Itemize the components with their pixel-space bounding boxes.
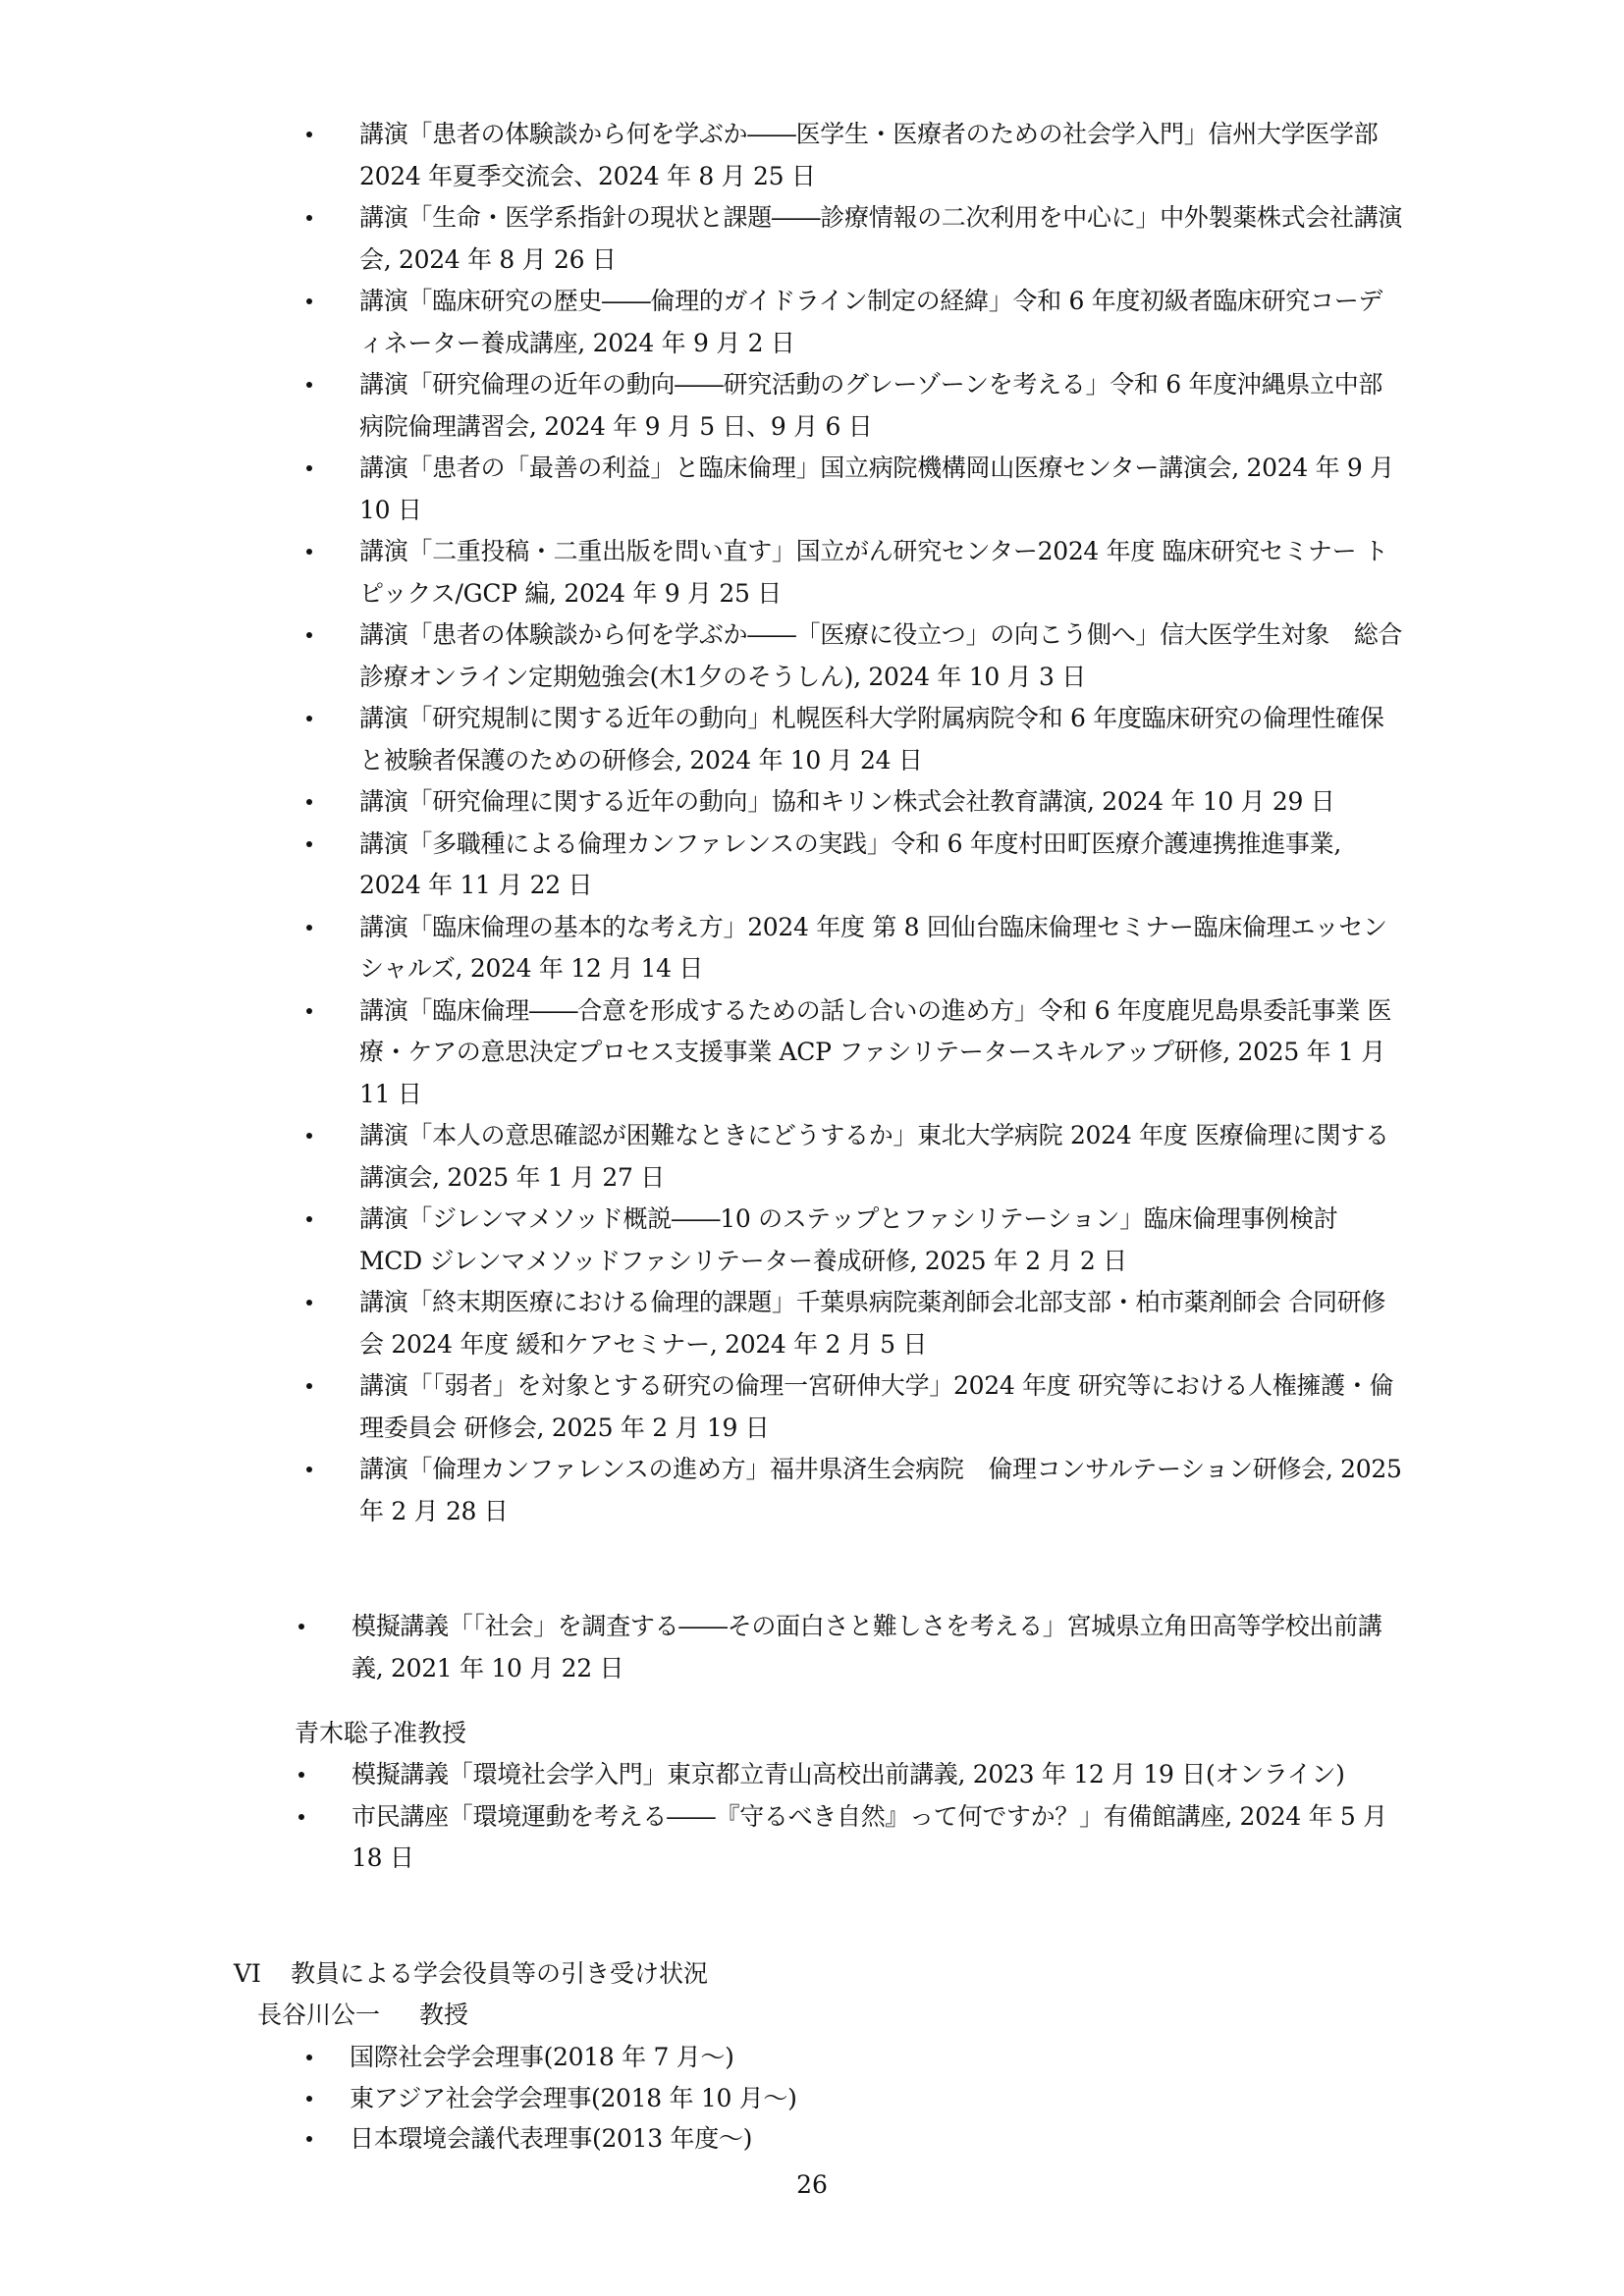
bullet-icon [306, 132, 312, 137]
list-item: 講演「生命・医学系指針の現状と課題――診療情報の二次利用を中心に」中外製薬株式会… [295, 197, 1404, 281]
bullet-icon [306, 2096, 312, 2102]
bullet-icon [306, 925, 312, 931]
faculty-name-aoki: 青木聡子准教授 [295, 1713, 466, 1754]
list-item: 講演「終末期医療における倫理的課題」千葉県病院薬剤師会北部支部・柏市薬剤師会 合… [295, 1282, 1404, 1365]
mock-lecture-list: 模擬講義「「社会」を調査する――その面白さと難しさを考える」宮城県立角田高等学校… [287, 1606, 1396, 1689]
list-item: 講演「本人の意思確認が困難なときにどうするか」東北大学病院 2024 年度 医療… [295, 1115, 1404, 1199]
bullet-icon [298, 1624, 304, 1629]
bullet-icon [306, 716, 312, 721]
bullet-icon [306, 2136, 312, 2142]
bullet-icon [306, 799, 312, 805]
section-title: 教員による学会役員等の引き受け状況 [291, 1959, 708, 1988]
bullet-icon [306, 215, 312, 221]
list-item: 東アジア社会学会理事(2018 年 10 月～) [295, 2078, 1404, 2119]
bullet-icon [306, 632, 312, 638]
bullet-icon [298, 1772, 304, 1778]
list-item: 講演「二重投稿・二重出版を問い直す」国立がん研究センター2024 年度 臨床研究… [295, 531, 1404, 614]
list-item: 講演「研究倫理に関する近年の動向」協和キリン株式会社教育講演, 2024 年 1… [295, 781, 1404, 824]
bullet-icon [306, 1467, 312, 1472]
list-item: 講演「患者の「最善の利益」と臨床倫理」国立病院機構岡山医療センター講演会, 20… [295, 448, 1404, 531]
list-item: 市民講座「環境運動を考える――『守るべき自然』って何ですか？」有備館講座, 20… [287, 1796, 1396, 1880]
page-number: 26 [0, 2170, 1624, 2199]
list-item: 講演「臨床倫理――合意を形成するための話し合いの進め方」令和 6 年度鹿児島県委… [295, 990, 1404, 1116]
list-item: 日本環境会議代表理事(2013 年度～) [295, 2118, 1404, 2160]
list-item: 講演「臨床倫理の基本的な考え方」2024 年度 第 8 回仙台臨床倫理セミナー臨… [295, 907, 1404, 990]
list-item: 講演「患者の体験談から何を学ぶか――医学生・医療者のための社会学入門」信州大学医… [295, 114, 1404, 197]
list-item: 講演「「弱者」を対象とする研究の倫理一宮研伸大学」2024 年度 研究等における… [295, 1365, 1404, 1449]
bullet-icon [306, 1216, 312, 1222]
faculty-name-hasegawa: 長谷川公一教授 [257, 1995, 468, 2036]
list-item: 講演「多職種による倫理カンファレンスの実践」令和 6 年度村田町医療介護連携推進… [295, 824, 1404, 907]
list-item: 講演「倫理カンファレンスの進め方」福井県済生会病院 倫理コンサルテーション研修会… [295, 1449, 1404, 1532]
list-item: 模擬講義「「社会」を調査する――その面白さと難しさを考える」宮城県立角田高等学校… [287, 1606, 1396, 1689]
bullet-icon [306, 549, 312, 555]
list-item: 講演「臨床研究の歴史――倫理的ガイドライン制定の経緯」令和 6 年度初級者臨床研… [295, 281, 1404, 364]
bullet-icon [306, 1383, 312, 1389]
document-page: 講演「患者の体験談から何を学ぶか――医学生・医療者のための社会学入門」信州大学医… [0, 0, 1624, 2296]
list-item: 講演「ジレンマメソッド概説――10 のステップとファシリテーション」臨床倫理事例… [295, 1199, 1404, 1282]
bullet-icon [298, 1814, 304, 1820]
list-item: 講演「研究規制に関する近年の動向」札幌医科大学附属病院令和 6 年度臨床研究の倫… [295, 698, 1404, 781]
bullet-icon [306, 298, 312, 304]
aoki-activity-list: 模擬講義「環境社会学入門」東京都立青山高校出前講義, 2023 年 12 月 1… [287, 1754, 1396, 1880]
section-number: VI [234, 1953, 291, 1995]
section-heading: VI教員による学会役員等の引き受け状況 [234, 1953, 708, 1995]
bullet-icon [306, 2055, 312, 2060]
bullet-icon [306, 841, 312, 847]
bullet-icon [306, 1133, 312, 1139]
list-item: 模擬講義「環境社会学入門」東京都立青山高校出前講義, 2023 年 12 月 1… [287, 1754, 1396, 1796]
list-item: 講演「患者の体験談から何を学ぶか――「医療に役立つ」の向こう側へ」信大医学生対象… [295, 614, 1404, 698]
bullet-icon [306, 1008, 312, 1014]
bullet-icon [306, 382, 312, 388]
bullet-icon [306, 1300, 312, 1306]
lecture-list: 講演「患者の体験談から何を学ぶか――医学生・医療者のための社会学入門」信州大学医… [295, 114, 1404, 1532]
list-item: 講演「研究倫理の近年の動向――研究活動のグレーゾーンを考える」令和 6 年度沖縄… [295, 364, 1404, 448]
bullet-icon [306, 465, 312, 471]
list-item: 国際社会学会理事(2018 年 7 月～) [295, 2037, 1404, 2078]
society-role-list: 国際社会学会理事(2018 年 7 月～) 東アジア社会学会理事(2018 年 … [295, 2037, 1404, 2160]
